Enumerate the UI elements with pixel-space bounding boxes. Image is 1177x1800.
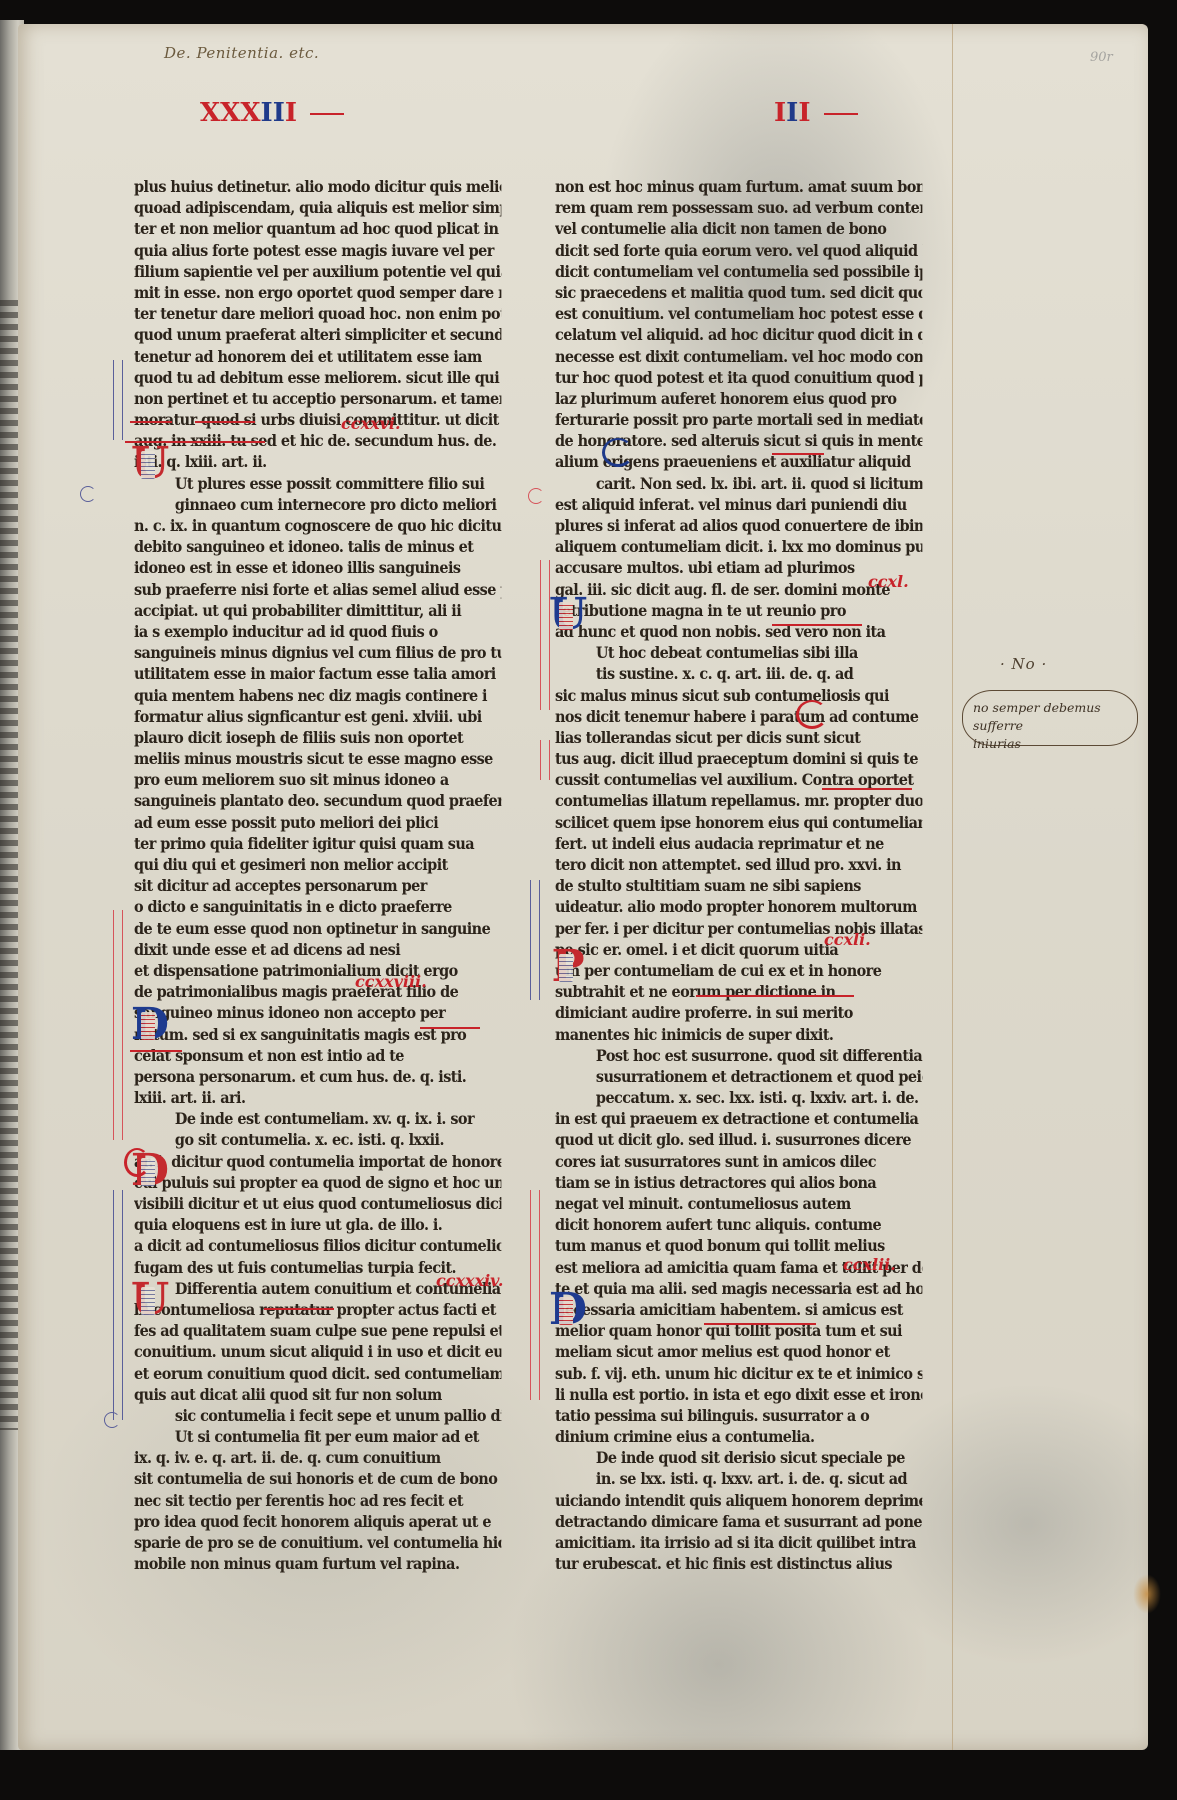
text-line: sic praecedens et malitia quod tum. sed …: [555, 282, 922, 303]
text-line: tatio pessima sui bilinguis. susurrator …: [555, 1405, 922, 1426]
rubric-underline: [772, 624, 862, 626]
text-line: de stulto stultitiam suam ne sibi sapien…: [555, 875, 922, 896]
text-line: de patrimonialibus magis praeferat filio…: [134, 981, 501, 1002]
initial-infill: [559, 954, 573, 982]
decorated-initial: U: [130, 441, 170, 487]
text-line: carit. Non sed. lx. ibi. art. ii. quod s…: [555, 473, 922, 494]
text-line: fes ad qualitatem suam culpe sue pene re…: [134, 1320, 501, 1341]
text-line: negat vel minuit. contumeliosus autem: [555, 1193, 922, 1214]
adjacent-leaf-text-shadow: [0, 300, 18, 1430]
text-line: et eorum conuitium quod dicit. sed contu…: [134, 1363, 501, 1384]
text-line: non est hoc minus quam furtum. amat suum…: [555, 176, 922, 197]
text-line: quod tu ad debitum esse meliorem. sicut …: [134, 367, 501, 388]
text-line: sit contumelia de sui honoris et de cum …: [134, 1468, 501, 1489]
text-line: debito sanguineo et idoneo. talis de min…: [134, 536, 501, 557]
text-line: celatum vel aliquid. ad hoc dicitur quod…: [555, 324, 922, 345]
text-line: plauro dicit ioseph de filiis suis non o…: [134, 727, 501, 748]
penwork-flourish: [530, 1190, 540, 1400]
text-line: qui diu qui et gesimeri non melior accip…: [134, 854, 501, 875]
text-line: ad hunc et quod non nobis. sed vero non …: [555, 621, 922, 642]
text-line: ia s exemplo inducitur ad id quod fiuis …: [134, 621, 501, 642]
text-line: moratur quod si urbs diuisi committitur.…: [134, 409, 501, 430]
text-line: meliis minus moustris sicut te esse magn…: [134, 748, 501, 769]
rubric-underline: [420, 1027, 480, 1029]
initial-infill: [141, 1012, 155, 1040]
text-line: utilitatem esse in maior factum esse tal…: [134, 663, 501, 684]
text-line: tus aug. dicit illud praeceptum domini s…: [555, 748, 922, 769]
rubric-chapter-number: ccxxvi.: [341, 414, 401, 433]
text-line: plus huius detinetur. alio modo dicitur …: [134, 176, 501, 197]
text-line: filium sapientie vel per auxilium potent…: [134, 261, 501, 282]
text-line: quis aut dicat alii quod sit fur non sol…: [134, 1384, 501, 1405]
text-line: quod ut dicit glo. sed illud. i. susurro…: [555, 1129, 922, 1150]
decorated-initial: D: [548, 1287, 588, 1333]
text-line: ix. q. iv. e. q. art. ii. de. q. cum con…: [134, 1447, 501, 1468]
text-line: in est qui praeuem ex detractione et con…: [555, 1108, 922, 1129]
paragraph-mark-red: [796, 700, 828, 729]
text-line: amicitiam. ita irrisio ad si ita dicit q…: [555, 1532, 922, 1553]
initial-infill: [559, 1297, 573, 1325]
text-line: sit dicitur ad acceptes personarum per: [134, 875, 501, 896]
text-line: visibili dicitur et ut eius quod contume…: [134, 1193, 501, 1214]
text-line: nos dicit tenemur habere i paratum ad co…: [555, 706, 922, 727]
text-line: ter et non melior quantum ad hoc quod pl…: [134, 218, 501, 239]
chapter-number-part: XXX: [200, 98, 261, 128]
foxing-stain: [1133, 1574, 1161, 1614]
decorated-initial: P: [548, 944, 588, 990]
rubric-underline: [125, 441, 265, 443]
text-line: susurrationem et detractionem et quod pe…: [555, 1066, 922, 1087]
text-line: fert. ut indeli eius audacia reprimatur …: [555, 833, 922, 854]
text-line: dicit contumeliam vel contumelia sed pos…: [555, 261, 922, 282]
text-line: tiam se in istius detractores qui alios …: [555, 1172, 922, 1193]
text-line: idoneo est in esse et idoneo illis sangu…: [134, 557, 501, 578]
text-line: dicit honorem aufert tunc aliquis. contu…: [555, 1214, 922, 1235]
text-line: ar. i. dicitur quod contumelia importat …: [134, 1151, 501, 1172]
text-line: persona personarum. et cum hus. de. q. i…: [134, 1066, 501, 1087]
text-line: detractando dimicare fama et susurrant a…: [555, 1511, 922, 1532]
text-line: vel contumelie alia dicit non tamen de b…: [555, 218, 922, 239]
text-line: Ut plures esse possit committere filio s…: [134, 473, 501, 494]
rubric-chapter-number: ccxlii.: [843, 1255, 896, 1274]
text-line: quia alius forte potest esse magis iuvar…: [134, 240, 501, 261]
text-line: laz plurimum auferet honorem eius quod p…: [555, 388, 922, 409]
text-line: de te eum esse quod non optinetur in san…: [134, 918, 501, 939]
text-line: cui puluis sui propter ea quod de signo …: [134, 1172, 501, 1193]
text-line: ad eum esse possit puto meliori dei plic…: [134, 812, 501, 833]
penwork-curl: [104, 1412, 120, 1428]
penwork-flourish: [113, 1190, 123, 1420]
text-line: aliquem contumeliam dicit. i. lxx mo dom…: [555, 536, 922, 557]
rubric-underline: [195, 421, 255, 423]
text-line: De inde quod sit derisio sicut speciale …: [555, 1447, 922, 1468]
penwork-flourish: [530, 880, 540, 1000]
text-line: De inde est contumeliam. xv. q. ix. i. s…: [134, 1108, 501, 1129]
text-line: pro eum meliorem suo sit minus idoneo a: [134, 769, 501, 790]
penwork-flourish: [540, 740, 550, 780]
text-line: lxiii. art. ii. ari.: [134, 1087, 501, 1108]
paragraph-mark-blue: [602, 438, 634, 467]
text-line: uideatur. alio modo propter honorem mult…: [555, 896, 922, 917]
chapter-number-left: XXXIII: [200, 100, 344, 126]
text-line: ginnaeo cum internecore pro dicto melior…: [134, 494, 501, 515]
text-line: um per contumeliam de cui ex et in honor…: [555, 960, 922, 981]
rubric-underline: [822, 788, 912, 790]
text-line: retributione magna in te ut reunio pro: [555, 600, 922, 621]
text-line: sanguineis minus dignius vel cum filius …: [134, 642, 501, 663]
text-line: Ut hoc debeat contumelias sibi illa: [555, 642, 922, 663]
text-line: in. se lxx. isti. q. lxxv. art. i. de. q…: [555, 1468, 922, 1489]
marginal-note-line: no semper debemus sufferre: [973, 699, 1129, 735]
decorated-initial: U: [130, 1277, 170, 1323]
text-line: tero dicit non attemptet. sed illud pro.…: [555, 854, 922, 875]
text-line: dimiciant audire proferre. in sui merito: [555, 1002, 922, 1023]
penwork-flourish: [540, 560, 550, 710]
rubric-underline: [264, 1308, 334, 1310]
initial-infill: [559, 602, 573, 630]
text-line: necessaria amicitiam habentem. si amicus…: [555, 1299, 922, 1320]
text-line: manentes hic inimicis de super dixit.: [555, 1024, 922, 1045]
ruling-line: [952, 24, 953, 1750]
marginal-note-line: iniurias: [973, 735, 1129, 753]
text-line: est conuitium. vel contumeliam hoc potes…: [555, 303, 922, 324]
text-line: mit in esse. non ergo oportet quod sempe…: [134, 282, 501, 303]
text-line: a dicit ad contumeliosus filios dicitur …: [134, 1235, 501, 1256]
text-line: sub praeferre nisi forte et alias semel …: [134, 579, 501, 600]
text-line: est aliquid inferat. vel minus dari puni…: [555, 494, 922, 515]
chapter-number-part: I: [774, 98, 786, 128]
text-line: et dispensatione patrimonialium dicit er…: [134, 960, 501, 981]
text-line: subtrahit et ne eorum per dictione in: [555, 981, 922, 1002]
penwork-curl: [528, 488, 544, 504]
rubric-underline: [130, 1050, 182, 1052]
text-line: dinium crimine eius a contumelia.: [555, 1426, 922, 1447]
text-line: sparie de pro se de conuitium. vel contu…: [134, 1532, 501, 1553]
text-line: sub. f. vij. eth. unum hic dicitur ex te…: [555, 1363, 922, 1384]
folio-number: 90r: [1090, 50, 1113, 65]
text-line: tur hoc quod potest et ita quod conuitiu…: [555, 367, 922, 388]
text-line: nec sit tectio per ferentis hoc ad res f…: [134, 1490, 501, 1511]
text-line: quia eloquens est in iure ut gla. de ill…: [134, 1214, 501, 1235]
text-line: tum manus et quod bonum qui tollit meliu…: [555, 1235, 922, 1256]
text-line: quod unum praeferat alteri simpliciter e…: [134, 324, 501, 345]
text-line: mobile non minus quam furtum vel rapina.: [134, 1553, 501, 1574]
text-line: sic contumelia i fecit sepe et unum pall…: [134, 1405, 501, 1426]
rubric-chapter-number: ccxli.: [824, 930, 871, 949]
penwork-flourish: [113, 910, 123, 1140]
text-line: peccatum. x. sec. lxx. isti. q. lxxiv. a…: [555, 1087, 922, 1108]
marginal-note: no semper debemus sufferre iniurias: [962, 690, 1138, 746]
rubric-underline: [772, 453, 824, 455]
text-line: sanguineo minus idoneo non accepto per: [134, 1002, 501, 1023]
text-line: ferturarie possit pro parte mortali sed …: [555, 409, 922, 430]
rubric-chapter-number: ccxxxiv.: [436, 1271, 503, 1290]
text-line: rem quam rem possessam suo. ad verbum co…: [555, 197, 922, 218]
text-line: uiciando intendit quis aliquem honorem d…: [555, 1490, 922, 1511]
initial-infill: [141, 451, 155, 479]
text-line: go sit contumelia. x. ec. isti. q. lxxii…: [134, 1129, 501, 1150]
text-line: quoad adipiscendam, quia aliquis est mel…: [134, 197, 501, 218]
rubric-underline: [696, 995, 854, 997]
text-column-left: plus huius detinetur. alio modo dicitur …: [134, 176, 504, 1574]
text-line: li nulla est portio. in ista et ego dixi…: [555, 1384, 922, 1405]
text-line: non pertinet et tu acceptio personarum. …: [134, 388, 501, 409]
text-line: ter primo quia fideliter igitur quisi qu…: [134, 833, 501, 854]
decorated-initial: D: [130, 1002, 170, 1048]
chapter-number-part: II: [261, 98, 285, 128]
text-line: cores iat susurratores sunt in amicos di…: [555, 1151, 922, 1172]
text-line: Post hoc est susurrone. quod sit differe…: [555, 1045, 922, 1066]
text-line: lias tollerandas sicut per dicis sunt si…: [555, 727, 922, 748]
chapter-number-part: I: [786, 98, 798, 128]
text-line: sic malus minus sicut sub contumeliosis …: [555, 685, 922, 706]
text-line: isti. q. lxiii. art. ii.: [134, 451, 501, 472]
rubric-chapter-number: ccxl.: [868, 572, 909, 591]
text-line: n. c. ix. in quantum cognoscere de quo h…: [134, 515, 501, 536]
penwork-flourish: [113, 360, 123, 440]
text-line: conuitium. unum sicut aliquid i in uso e…: [134, 1341, 501, 1362]
text-line: contumelias illatum repellamus. mr. prop…: [555, 790, 922, 811]
text-line: pro idea quod fecit honorem aliquis aper…: [134, 1511, 501, 1532]
running-head: De. Penitentia. etc.: [164, 44, 319, 62]
penwork-curl: [80, 486, 96, 502]
text-line: dixit unde esse et ad dicens ad nesi: [134, 939, 501, 960]
text-line: meliam sicut amor melius est quod honor …: [555, 1341, 922, 1362]
text-line: te et quia ma alii. sed magis necessaria…: [555, 1278, 922, 1299]
rubric-chapter-number: ccxxviii.: [355, 972, 427, 991]
rubric-underline: [704, 1323, 816, 1325]
text-line: tur erubescat. et hic finis est distinct…: [555, 1553, 922, 1574]
text-line: o dicto e sanguinitatis in e dicto praef…: [134, 896, 501, 917]
decorated-initial: U: [548, 592, 588, 638]
chapter-number-part: I: [798, 98, 810, 128]
text-line: formatur alius signficantur est geni. xl…: [134, 706, 501, 727]
text-column-right: non est hoc minus quam furtum. amat suum…: [555, 176, 925, 1574]
text-line: scilicet quem ipse honorem eius qui cont…: [555, 812, 922, 833]
text-line: celat sponsum et non est intio ad te: [134, 1045, 501, 1066]
text-line: plures si inferat ad alios quod conuerte…: [555, 515, 922, 536]
text-line: necesse est dixit contumeliam. vel hoc m…: [555, 346, 922, 367]
rubric-underline: [130, 421, 172, 423]
chapter-number-part: I: [285, 98, 297, 128]
text-line: quia mentem habens nec diz magis contine…: [134, 685, 501, 706]
initial-infill: [141, 1287, 155, 1315]
paragraph-mark-red: [124, 1148, 150, 1177]
text-line: dicit sed forte quia eorum vero. vel quo…: [555, 240, 922, 261]
text-line: tenetur ad honorem dei et utilitatem ess…: [134, 346, 501, 367]
text-line: tis sustine. x. c. q. art. iii. de. q. a…: [555, 663, 922, 684]
text-line: sanguineis plantato deo. secundum quod p…: [134, 790, 501, 811]
text-line: ter tenetur dare meliori quoad hoc. non …: [134, 303, 501, 324]
text-line: Ut si contumelia fit per eum maior ad et: [134, 1426, 501, 1447]
marginal-nota: · No ·: [1000, 655, 1047, 673]
text-line: accipiat. ut qui probabiliter dimittitur…: [134, 600, 501, 621]
chapter-number-right: III: [774, 100, 858, 126]
